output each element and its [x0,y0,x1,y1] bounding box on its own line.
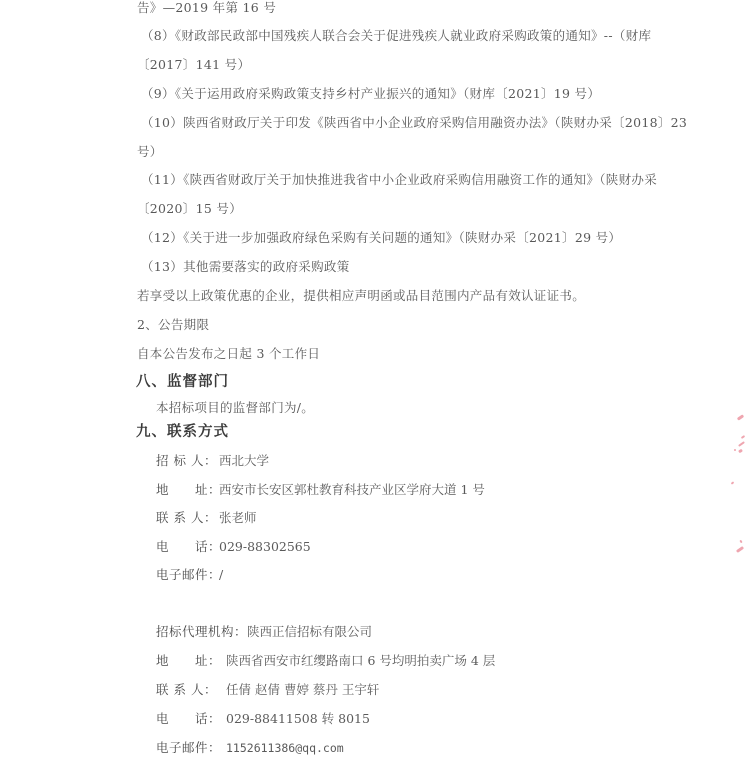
tenderer-contact-row: 联 系 人：张老师 [156,510,257,526]
tenderer-contact-value: 张老师 [219,510,257,525]
notice-period-text: 自本公告发布之日起 3 个工作日 [137,346,320,362]
agency-name-value: 陕西正信招标有限公司 [247,624,372,639]
agency-contact-label: 联 系 人： [156,682,226,698]
tenderer-phone-row: 电 话：029-88302565 [156,539,311,555]
tenderer-name-value: 西北大学 [219,453,269,468]
tenderer-address-row: 地 址：西安市长安区郭杜教育科技产业区学府大道 1 号 [156,482,485,498]
tenderer-contact-label: 联 系 人： [156,510,219,526]
tenderer-name-label: 招 标 人： [156,453,219,469]
agency-email-value: 1152611386@qq.com [226,741,344,755]
agency-contact-value: 任倩 赵倩 曹婷 蔡丹 王宇轩 [226,682,379,697]
policy-line-10: （10）陕西省财政厅关于印发《陕西省中小企业政府采购信用融资办法》（陕财办采〔2… [141,115,687,131]
document-page: 告》—2019 年第 16 号 （8）《财政部民政部中国残疾人联合会关于促进残疾… [0,0,755,757]
agency-email-row: 电子邮件：1152611386@qq.com [156,740,344,756]
policy-line-10-continued: 号） [137,144,163,160]
tenderer-email-row: 电子邮件：/ [156,567,223,583]
agency-address-row: 地 址：陕西省西安市红缨路南口 6 号均明拍卖广场 4 层 [156,653,495,669]
section-8-body: 本招标项目的监督部门为/。 [156,400,314,416]
policy-line-9: （9）《关于运用政府采购政策支持乡村产业振兴的通知》（财库〔2021〕19 号） [141,86,600,102]
agency-name-row: 招标代理机构：陕西正信招标有限公司 [156,624,372,640]
agency-contact-row: 联 系 人：任倩 赵倩 曹婷 蔡丹 王宇轩 [156,682,379,698]
tenderer-address-label: 地 址： [156,482,219,498]
agency-phone-label: 电 话： [156,711,226,727]
agency-phone-value: 029-88411508 转 8015 [226,711,370,726]
policy-line-11: （11）《陕西省财政厅关于加快推进我省中小企业政府采购信用融资工作的通知》（陕财… [141,172,657,188]
tenderer-phone-label: 电 话： [156,539,219,555]
agency-phone-row: 电 话：029-88411508 转 8015 [156,711,370,727]
policy-line-7-continued: 告》—2019 年第 16 号 [137,0,276,16]
policy-line-8-continued: 〔2017〕141 号） [137,57,250,73]
notice-period-heading: 2、公告期限 [137,317,209,333]
tenderer-name-row: 招 标 人：西北大学 [156,453,269,469]
policy-line-12: （12）《关于进一步加强政府绿色采购有关问题的通知》（陕财办采〔2021〕29 … [141,230,621,246]
agency-email-label: 电子邮件： [156,740,226,756]
tenderer-phone-value: 029-88302565 [219,539,311,554]
policy-note: 若享受以上政策优惠的企业，提供相应声明函或品目范围内产品有效认证证书。 [137,288,585,304]
tenderer-email-value: / [219,567,223,582]
agency-name-label: 招标代理机构： [156,624,247,640]
tenderer-address-value: 西安市长安区郭杜教育科技产业区学府大道 1 号 [219,482,485,497]
policy-line-8: （8）《财政部民政部中国残疾人联合会关于促进残疾人就业政府采购政策的通知》--（… [141,28,651,44]
tenderer-email-label: 电子邮件： [156,567,219,583]
section-9-heading: 九、联系方式 [136,423,229,441]
policy-line-13: （13）其他需要落实的政府采购政策 [141,259,350,275]
section-8-heading: 八、监督部门 [136,373,229,391]
policy-line-11-continued: 〔2020〕15 号） [137,201,242,217]
agency-address-label: 地 址： [156,653,226,669]
agency-address-value: 陕西省西安市红缨路南口 6 号均明拍卖广场 4 层 [226,653,495,668]
